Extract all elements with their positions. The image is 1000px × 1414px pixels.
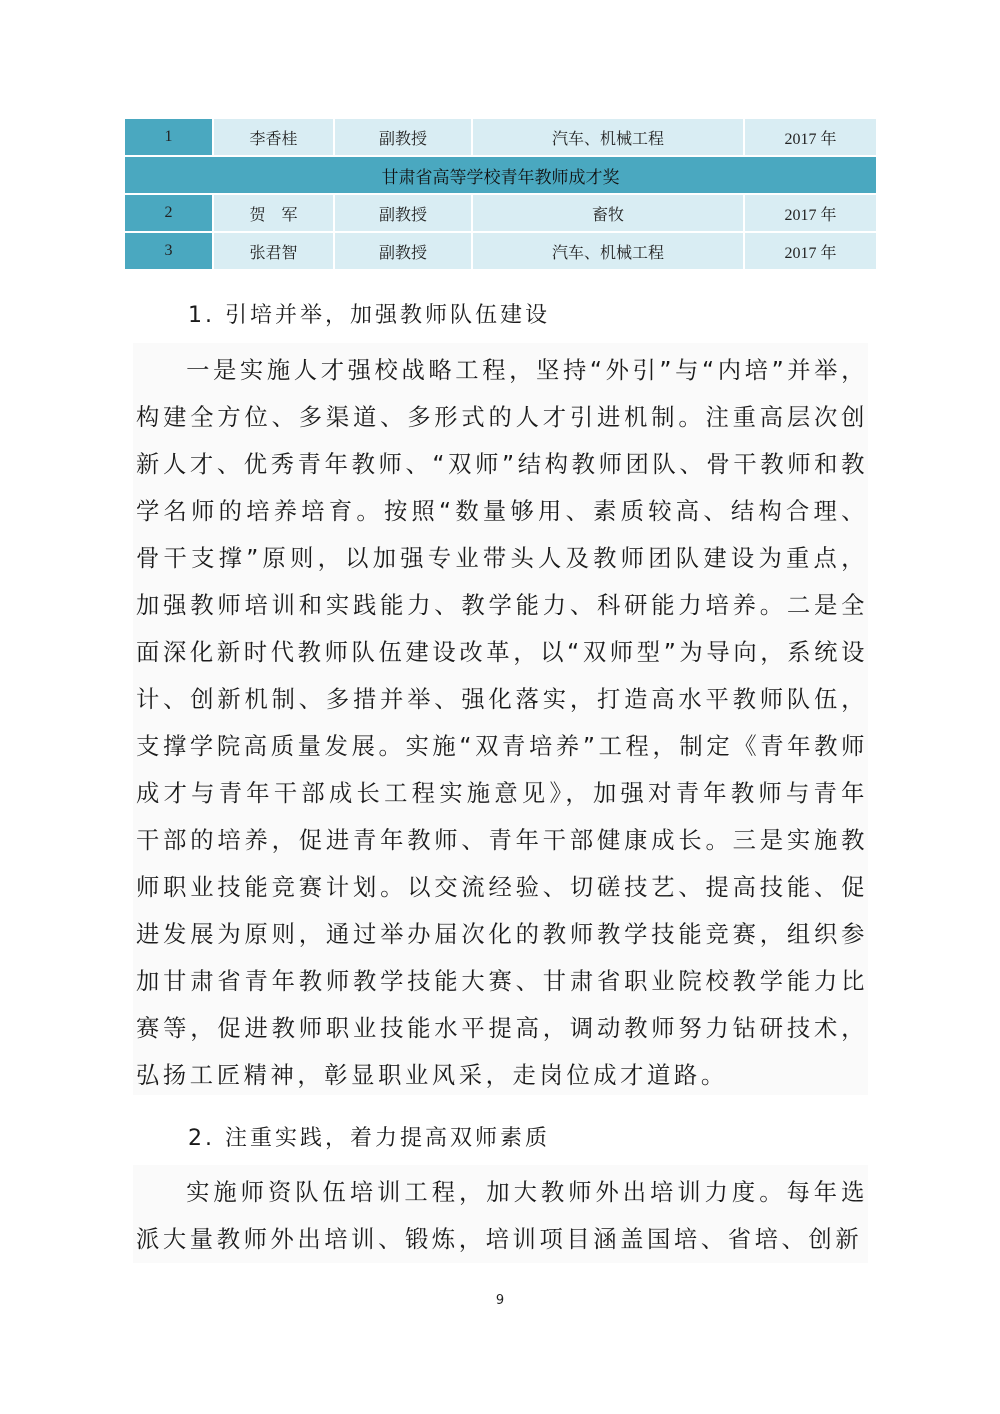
teacher-title: 副教授 [335, 119, 473, 155]
teacher-title: 副教授 [335, 233, 473, 269]
table-row: 1 李香桂 副教授 汽车、机械工程 2017 年 [125, 119, 876, 155]
section-paragraph-2: 实施师资队伍培训工程，加大教师外出培训力度。每年选派大量教师外出培训、锻炼，培训… [133, 1165, 868, 1263]
page-number: 9 [0, 1293, 1000, 1308]
section-paragraph-1: 一是实施人才强校战略工程，坚持“外引”与“内培”并举，构建全方位、多渠道、多形式… [133, 343, 868, 1095]
table-row: 2 贺 军 副教授 畜牧 2017 年 [125, 195, 876, 231]
teacher-name: 贺 军 [214, 195, 335, 231]
teacher-major: 汽车、机械工程 [473, 119, 745, 155]
award-table: 1 李香桂 副教授 汽车、机械工程 2017 年 甘肃省高等学校青年教师成才奖 … [125, 119, 876, 271]
row-index: 2 [125, 195, 214, 231]
award-year: 2017 年 [745, 195, 876, 231]
section-heading-1: 1. 引培并举，加强教师队伍建设 [188, 298, 550, 329]
teacher-name: 张君智 [214, 233, 335, 269]
award-section-title: 甘肃省高等学校青年教师成才奖 [125, 157, 876, 193]
award-year: 2017 年 [745, 119, 876, 155]
table-row: 3 张君智 副教授 汽车、机械工程 2017 年 [125, 233, 876, 269]
teacher-name: 李香桂 [214, 119, 335, 155]
row-index: 1 [125, 119, 214, 155]
teacher-major: 畜牧 [473, 195, 745, 231]
teacher-major: 汽车、机械工程 [473, 233, 745, 269]
teacher-title: 副教授 [335, 195, 473, 231]
award-year: 2017 年 [745, 233, 876, 269]
section-heading-2: 2. 注重实践，着力提高双师素质 [188, 1121, 550, 1152]
row-index: 3 [125, 233, 214, 269]
